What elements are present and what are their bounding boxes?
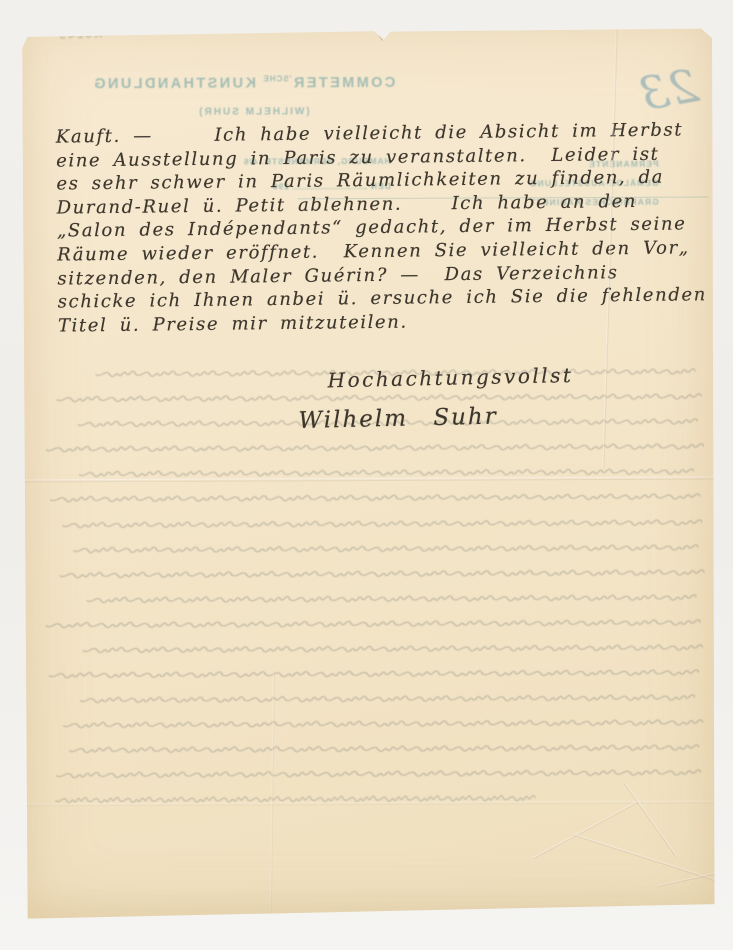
bleedthrough-line bbox=[49, 663, 699, 683]
crumple-mark bbox=[657, 862, 733, 887]
bleedthrough-line bbox=[63, 713, 703, 733]
bleedthrough-line bbox=[62, 513, 702, 533]
letter-closing: Hochachtungsvollst Wilhelm Suhr bbox=[327, 363, 573, 392]
fold-crease-horizontal bbox=[24, 476, 714, 482]
letterhead-company-name: COMMETER'SCHE KUNSTHANDLUNG bbox=[111, 74, 395, 92]
letterhead-proprietor: (WILHELM SUHR) bbox=[111, 106, 395, 118]
letter-paper: COMMETER'SCHE KUNSTHANDLUNG (WILHELM SUH… bbox=[22, 28, 716, 919]
crumple-mark bbox=[624, 782, 677, 856]
signature: Wilhelm Suhr bbox=[298, 404, 498, 434]
letter-body: Kauft. — Ich habe vielleicht die Absicht… bbox=[56, 118, 688, 337]
letterhead-company-suffix: 'SCHE bbox=[262, 74, 291, 83]
corner-number: 23 bbox=[614, 58, 702, 125]
bleedthrough-line bbox=[56, 763, 701, 783]
bleedthrough-line bbox=[55, 788, 535, 807]
bleedthrough-line bbox=[87, 588, 697, 608]
bleedthrough-line bbox=[50, 487, 700, 507]
paper-notch bbox=[374, 30, 390, 41]
bleedthrough-line bbox=[59, 563, 704, 583]
closing-salute: Hochachtungsvollst bbox=[327, 363, 573, 392]
crumple-mark bbox=[574, 834, 717, 881]
bleedthrough-line bbox=[79, 462, 694, 482]
bleedthrough-line bbox=[73, 538, 698, 558]
catalog-mark: K3245 bbox=[57, 28, 102, 42]
fold-crease-horizontal bbox=[25, 800, 715, 806]
bleedthrough-line bbox=[80, 688, 695, 708]
letterhead-company-rest: KUNSTHANDLUNG bbox=[92, 75, 263, 92]
bleedthrough-line bbox=[46, 613, 701, 633]
bleedthrough-line bbox=[83, 638, 703, 658]
bleedthrough-line bbox=[69, 738, 699, 758]
bleedthrough-line bbox=[46, 437, 704, 457]
crumple-mark bbox=[532, 801, 638, 859]
letterhead-company-main: COMMETER bbox=[291, 75, 395, 91]
scan-background: { "colors":{ "paper":"#f4e7cc", "ink":"#… bbox=[0, 0, 733, 950]
crease-vertical bbox=[270, 670, 275, 915]
